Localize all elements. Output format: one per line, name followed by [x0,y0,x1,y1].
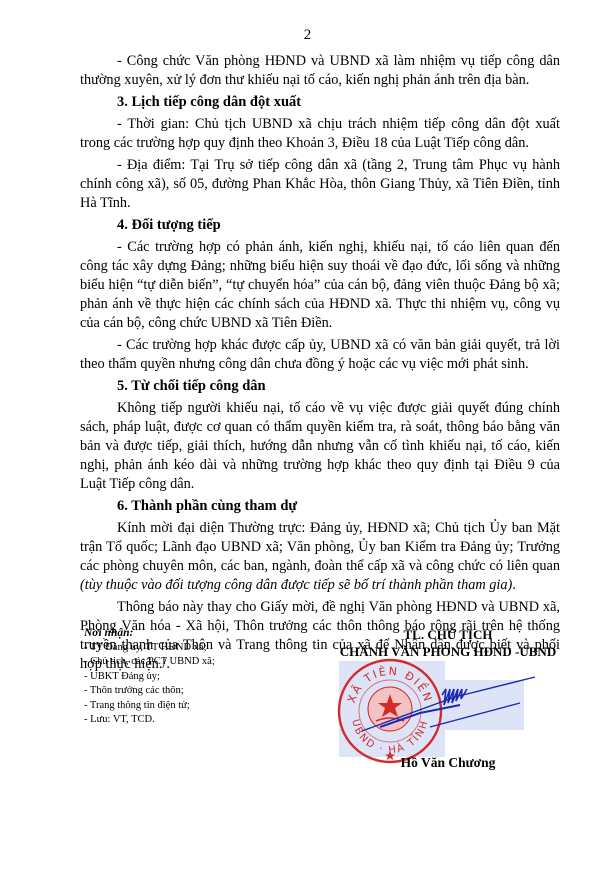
recipient-item: - Chủ tịch, các PCT UBND xã; [84,655,284,670]
section-heading: 3. Lịch tiếp công dân đột xuất [80,93,560,112]
attendees-paragraph: Kính mời đại diện Thường trực: Đảng ủy, … [80,519,560,595]
recipient-item: - UBKT Đảng ủy; [84,670,284,685]
signature-title: TL. CHỦ TỊCH [318,626,578,643]
document-body: - Công chức Văn phòng HĐND và UBND xã là… [80,52,560,677]
attendees-text: Kính mời đại diện Thường trực: Đảng ủy, … [80,520,560,574]
recipients-title: Nơi nhận: [84,626,284,641]
paragraph: - Công chức Văn phòng HĐND và UBND xã là… [80,52,560,90]
section-heading: 6. Thành phần cùng tham dự [80,497,560,516]
attendees-note: (tùy thuộc vào đối tượng công dân được t… [80,577,512,593]
paragraph: - Địa điểm: Tại Trụ sở tiếp công dân xã … [80,156,560,213]
signature-block: TL. CHỦ TỊCH CHÁNH VĂN PHÒNG HĐND -UBND [318,626,578,660]
page-number: 2 [0,27,615,44]
section-heading: 4. Đối tượng tiếp [80,216,560,235]
recipient-item: - Thôn trưởng các thôn; [84,684,284,699]
paragraph: Không tiếp người khiếu nại, tố cáo về vụ… [80,399,560,494]
section-heading: 5. Từ chối tiếp công dân [80,377,560,396]
handwritten-signature-icon [360,675,540,735]
recipient-item: - TT Đảng ủy, TT HĐND xã; [84,641,284,656]
attendees-end: . [512,577,516,593]
signer-name: Hồ Văn Chương [318,755,578,771]
recipient-item: - Lưu: VT, TCD. [84,713,284,728]
paragraph: - Các trường hợp khác được cấp ủy, UBND … [80,336,560,374]
paragraph: - Các trường hợp có phản ánh, kiến nghị,… [80,238,560,333]
recipient-item: - Trang thông tin điện tử; [84,699,284,714]
recipients-block: Nơi nhận: - TT Đảng ủy, TT HĐND xã; - Ch… [84,626,284,728]
paragraph: - Thời gian: Chủ tịch UBND xã chịu trách… [80,115,560,153]
